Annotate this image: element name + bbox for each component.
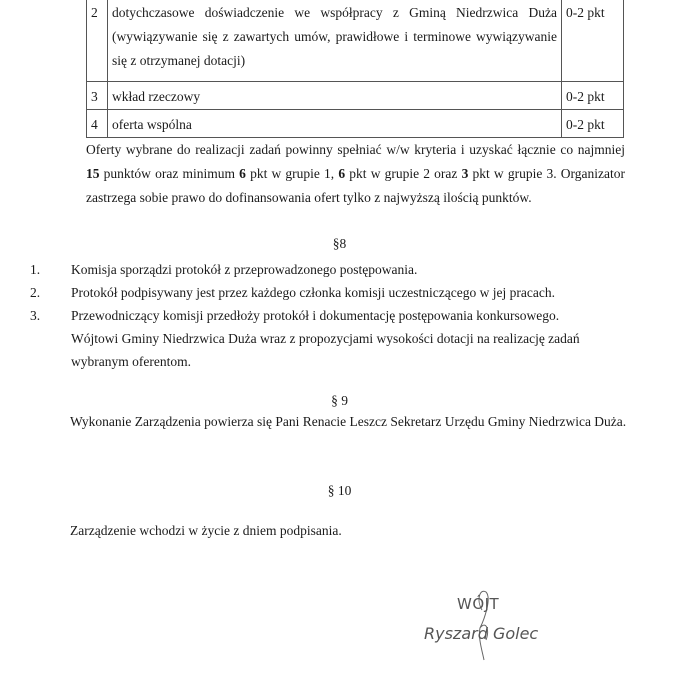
section-8-heading: §8 [0,236,679,252]
section-10-heading: § 10 [0,483,679,499]
list-text: Przewodniczący komisji przedłoży protokó… [71,304,559,327]
table-row: 3 wkład rzeczowy 0-2 pkt [87,82,624,110]
text-fragment: pkt w grupie 1, [246,166,338,181]
list-item: 1. Komisja sporządzi protokół z przeprow… [30,258,630,281]
list-number: 3. [30,304,71,327]
section-9-text: Wykonanie Zarządzenia powierza się Pani … [70,414,626,430]
section-9-heading: § 9 [0,393,679,409]
text-fragment: pkt w grupie 2 oraz [345,166,461,181]
text-fragment: Oferty wybrane do realizacji zadań powin… [86,142,625,157]
section-8-list: 1. Komisja sporządzi protokół z przeprow… [30,258,630,327]
list-item: 3. Przewodniczący komisji przedłoży prot… [30,304,630,327]
requirements-paragraph: Oferty wybrane do realizacji zadań powin… [86,138,625,210]
row-description: dotychczasowe doświadczenie we współprac… [108,0,562,82]
signature-block: WÓJT Ryszard Golec [420,590,580,670]
signature-name: Ryszard Golec [424,624,538,643]
row-points: 0-2 pkt [562,82,624,110]
row-points: 0-2 pkt [562,110,624,138]
row-number: 4 [87,110,108,138]
section-10-text: Zarządzenie wchodzi w życie z dniem podp… [70,523,342,539]
list-text: Komisja sporządzi protokół z przeprowadz… [71,258,417,281]
text-fragment: punktów oraz minimum [100,166,240,181]
list-number: 2. [30,281,71,304]
total-min-points: 15 [86,166,100,181]
row-description: oferta wspólna [108,110,562,138]
row-number: 2 [87,0,108,82]
list-item: 2. Protokół podpisywany jest przez każde… [30,281,630,304]
signature-title: WÓJT [457,595,499,613]
group1-min-points: 6 [239,166,246,181]
row-description: wkład rzeczowy [108,82,562,110]
table-row: 2 dotychczasowe doświadczenie we współpr… [87,0,624,82]
list-text: Protokół podpisywany jest przez każdego … [71,281,555,304]
row-number: 3 [87,82,108,110]
list-number: 1. [30,258,71,281]
criteria-table: 2 dotychczasowe doświadczenie we współpr… [86,0,624,138]
row-points: 0-2 pkt [562,0,624,82]
table-row: 4 oferta wspólna 0-2 pkt [87,110,624,138]
section-8-continuation: Wójtowi Gminy Niedrzwica Duża wraz z pro… [71,327,624,373]
